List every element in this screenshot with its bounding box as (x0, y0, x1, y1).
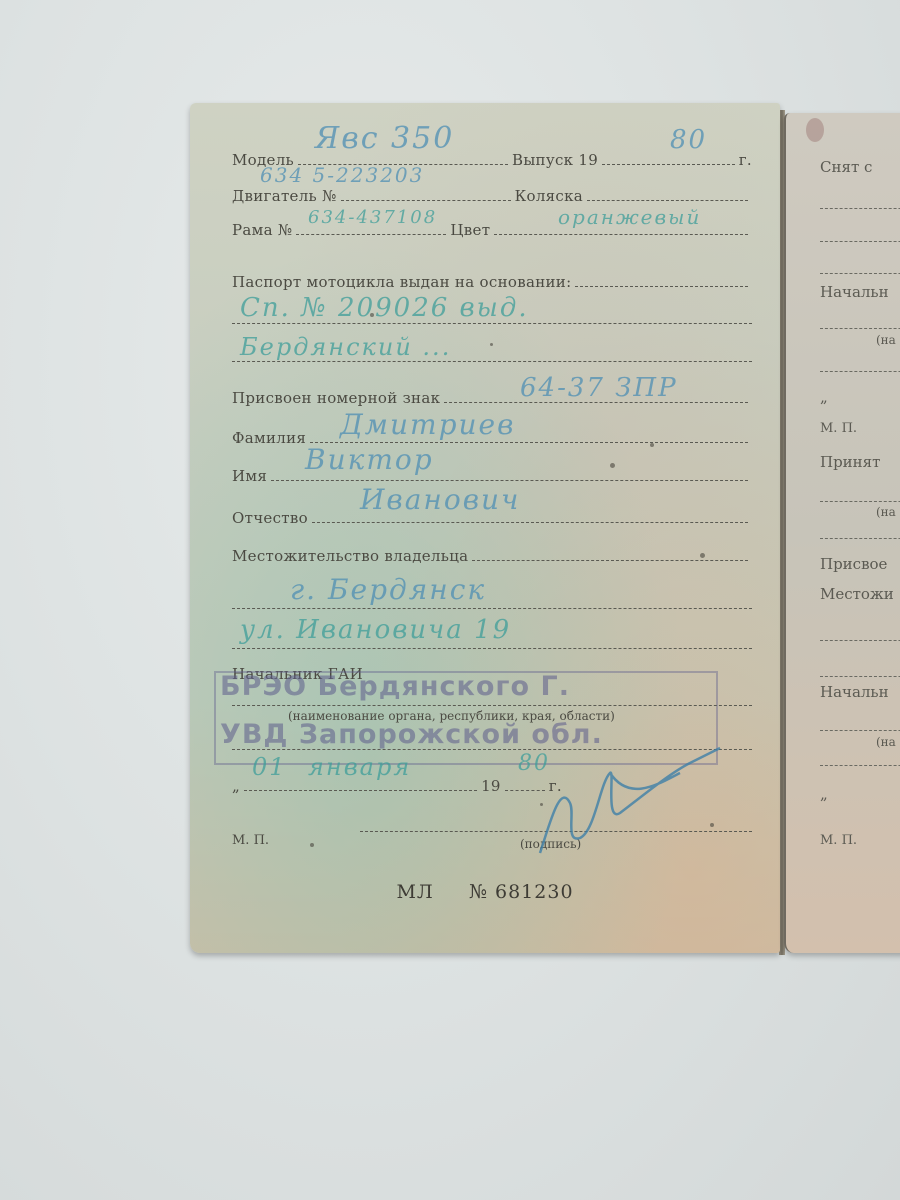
basis-row: Паспорт мотоцикла выдан на основании: (232, 267, 752, 291)
basis-value-line-1: Сп. № 209026 выд. (240, 293, 529, 323)
right-label-chief-2: Начальн (820, 683, 889, 701)
right-caption-2: (на (876, 505, 896, 519)
residence-value-line-2: ул. Ивановича 19 (240, 615, 511, 645)
date-day: 01 (252, 753, 287, 781)
patronymic-value: Иванович (360, 483, 520, 516)
serial-series: МЛ (396, 881, 433, 903)
residence-row: Местожительство владельца (232, 541, 752, 565)
signature (520, 743, 730, 863)
passport-right-page: Снят с Начальн (на „ М. П. Принят (на Пр… (784, 113, 900, 953)
surname-label: Фамилия (232, 429, 306, 447)
surname-value: Дмитриев (340, 408, 515, 441)
frame-label: Рама № (232, 221, 292, 239)
right-label-accepted: Принят (820, 453, 880, 471)
basis-label: Паспорт мотоцикла выдан на основании: (232, 273, 571, 291)
passport-left-page: Модель Выпуск 19 г. Явс 350 80 Двигатель… (190, 103, 780, 953)
right-label-removed: Снят с (820, 158, 872, 176)
basis-value-line-2: Бердянский ... (240, 333, 451, 361)
plate-label: Присвоен номерной знак (232, 389, 440, 407)
color-value: оранжевый (558, 205, 701, 229)
engine-value: 634 5-223203 (260, 163, 424, 187)
plate-value: 64-37 ЗПР (520, 373, 678, 403)
first-name-label: Имя (232, 467, 267, 485)
residence-label: Местожительство владельца (232, 547, 468, 565)
serial-number: 681230 (495, 881, 574, 903)
frame-value: 634-437108 (308, 207, 437, 228)
first-name-value: Виктор (305, 443, 434, 476)
color-label: Цвет (450, 221, 490, 239)
serial-no-sign: № (469, 881, 488, 903)
seal-label: М. П. (232, 833, 269, 848)
right-caption-1: (на (876, 333, 896, 347)
patronymic-label: Отчество (232, 509, 308, 527)
right-quote-2: „ (820, 785, 828, 803)
date-year-prefix: 19 (481, 777, 501, 795)
date-month: января (308, 753, 411, 781)
serial-number-line: МЛ № 681230 (190, 881, 780, 903)
engine-label: Двигатель № (232, 187, 337, 205)
right-label-residence: Местожи (820, 585, 894, 603)
right-label-chief-1: Начальн (820, 283, 889, 301)
year-suffix: г. (739, 151, 752, 169)
residence-value-line-1: г. Бердянск (290, 573, 486, 606)
right-seal-label-2: М. П. (820, 833, 857, 848)
stamp-text-line-1: БРЭО Бердянского Г. (220, 671, 570, 702)
sidecar-label: Коляска (515, 187, 583, 205)
year-value: 80 (670, 125, 707, 155)
right-label-assigned: Присвое (820, 555, 887, 573)
right-seal-label-1: М. П. (820, 421, 857, 436)
right-quote-1: „ (820, 388, 828, 406)
right-caption-3: (на (876, 735, 896, 749)
model-value: Явс 350 (315, 121, 454, 156)
year-label: Выпуск 19 (512, 151, 598, 169)
